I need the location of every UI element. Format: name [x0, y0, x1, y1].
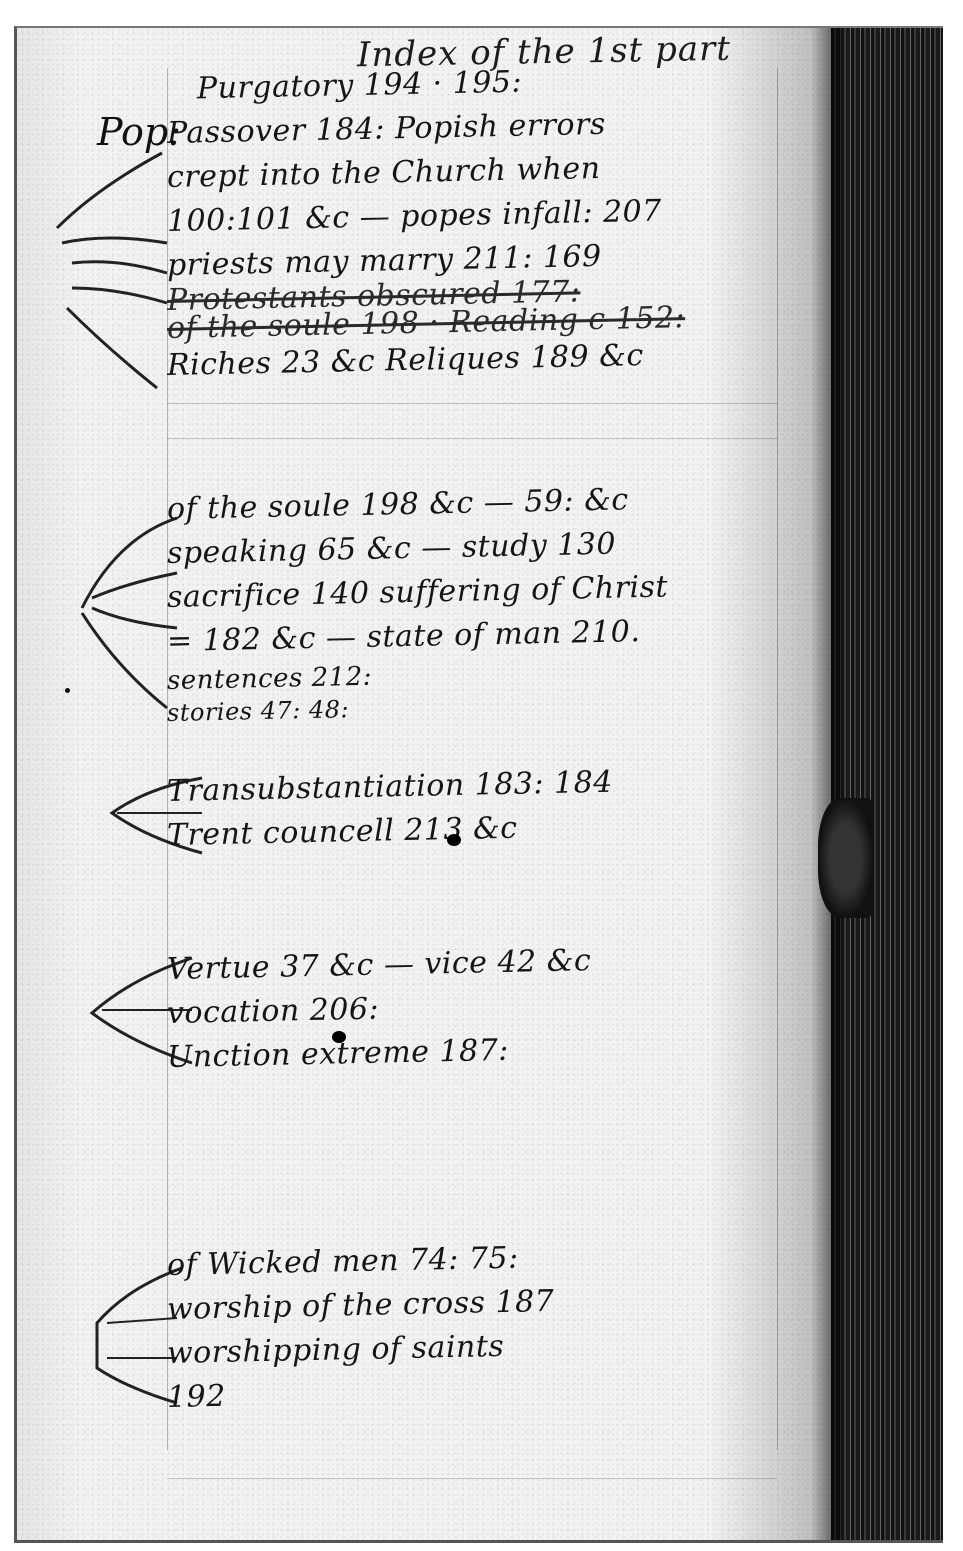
manuscript-page: Index of the 1st part Pop: Purgatory 194…	[17, 28, 832, 1540]
manuscript-scan: Index of the 1st part Pop: Purgatory 194…	[14, 26, 943, 1543]
section-w: of Wicked men 74: 75: worship of the cro…	[167, 1244, 807, 1420]
section-s: of the soule 198 &c — 59: &c speaking 65…	[167, 488, 807, 728]
ruled-line	[167, 403, 777, 404]
ink-blot	[332, 1031, 346, 1043]
bracket-icon	[37, 148, 177, 398]
section-t: Transubstantiation 183: 184 Trent counce…	[167, 770, 807, 858]
book-binding-edge	[831, 28, 943, 1540]
ruled-line	[167, 1478, 777, 1479]
ink-speck	[65, 688, 70, 693]
ruled-line	[167, 438, 777, 439]
section-p: Purgatory 194 · 195: Passover 184: Popis…	[167, 68, 807, 388]
book-clasp	[818, 798, 873, 918]
section-v: Vertue 37 &c — vice 42 &c vocation 206: …	[167, 948, 807, 1080]
ink-blot	[447, 834, 461, 846]
